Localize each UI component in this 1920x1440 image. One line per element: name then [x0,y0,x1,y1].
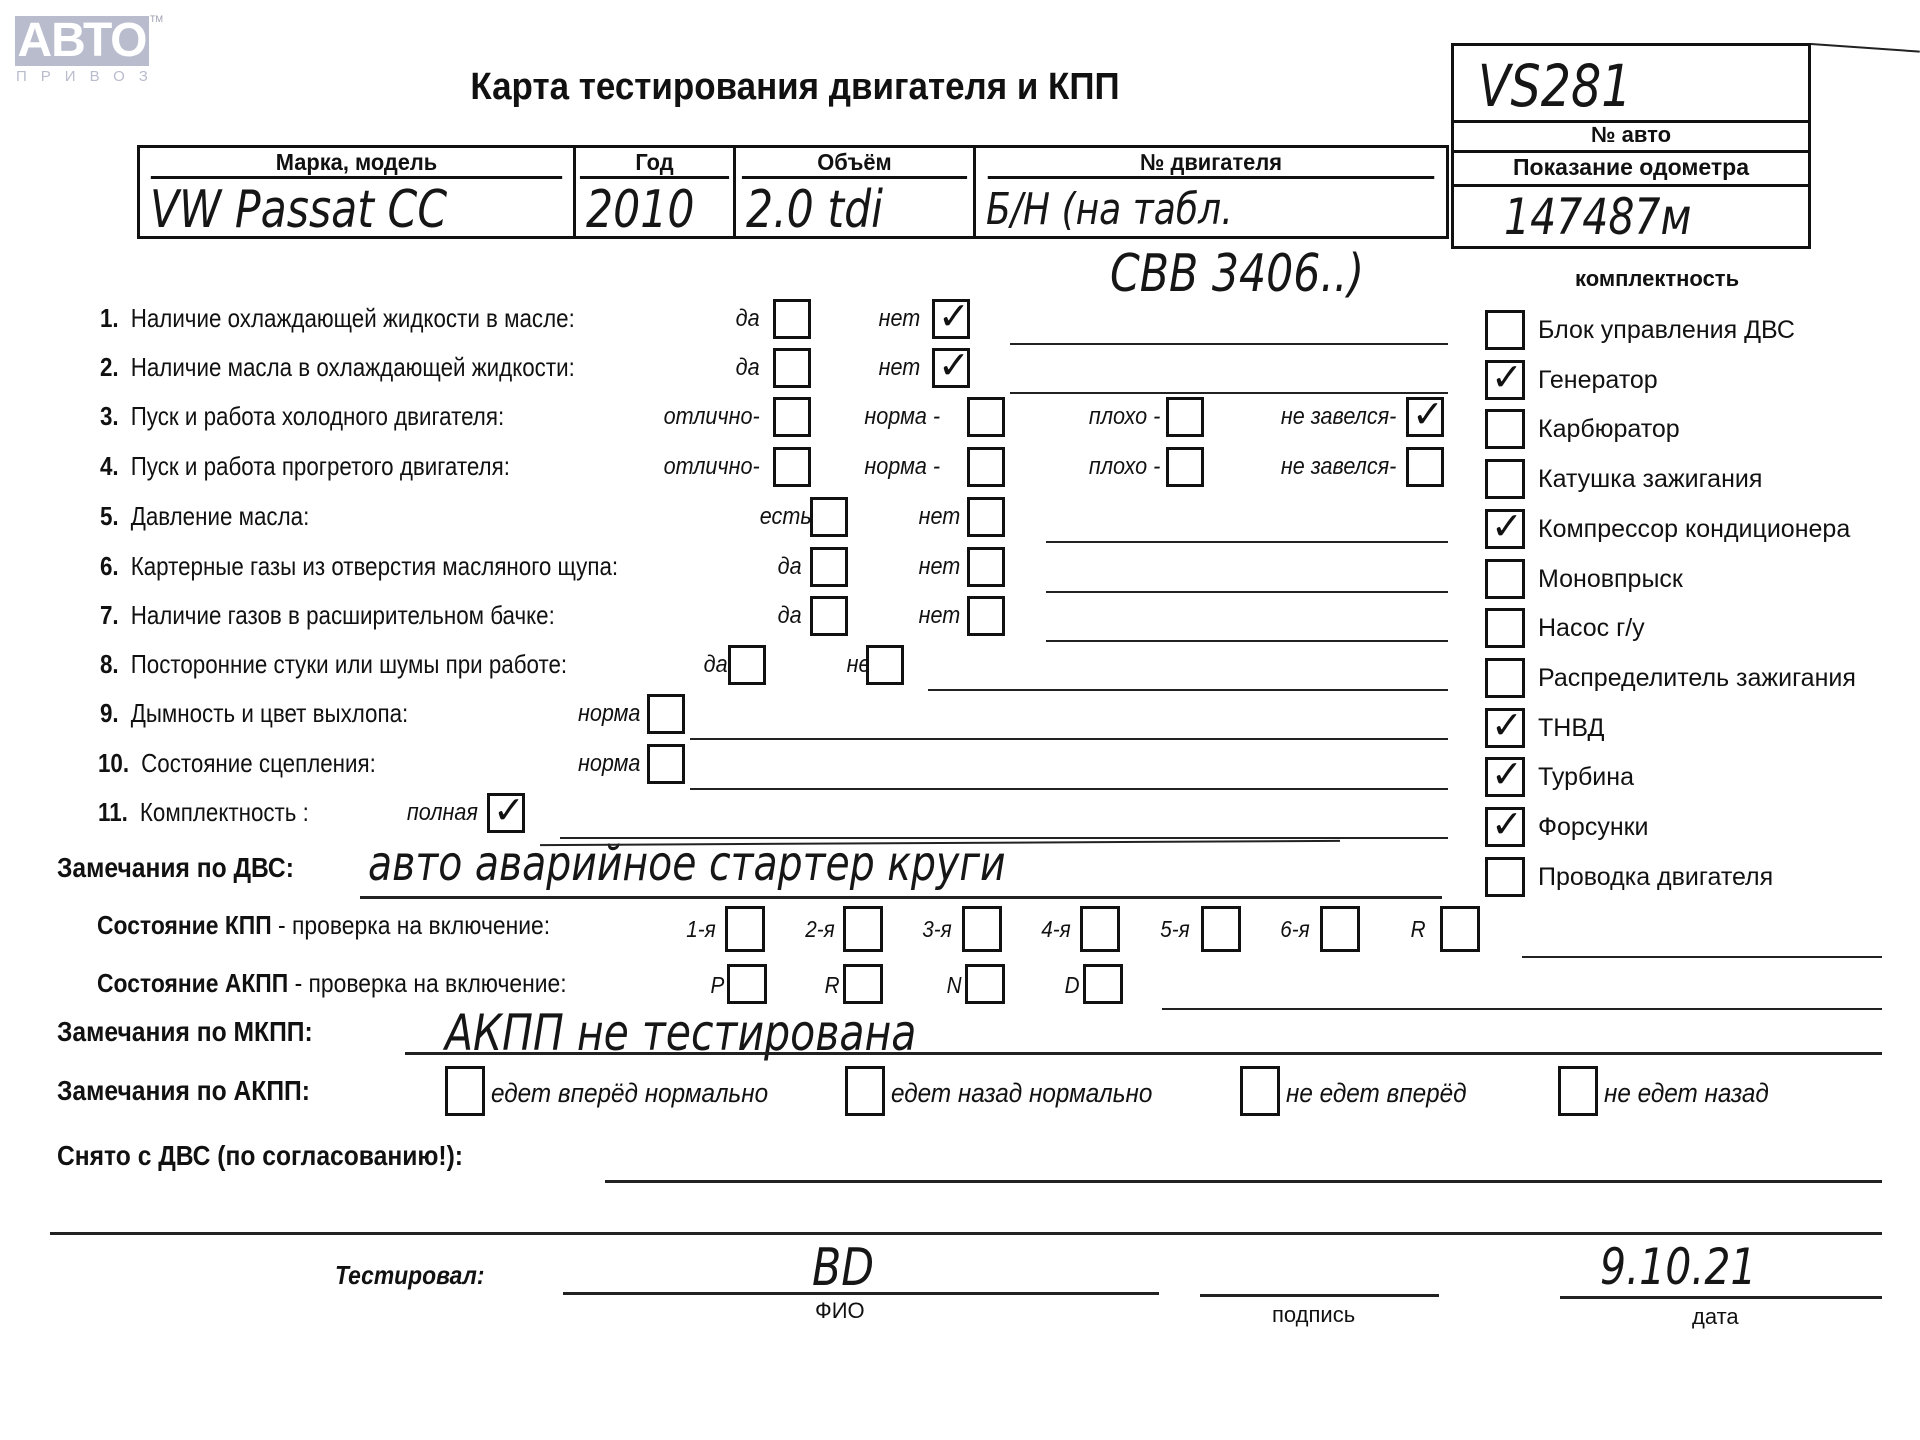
manual-gearbox-label: Состояние КПП - проверка на включение: [97,910,550,941]
odometer-label: Показание одометра [1454,150,1808,187]
question-1-option-label: нет [878,305,920,333]
volume-cell: Объём 2.0 tdi [736,148,976,236]
manual-gear-label: 4-я [1042,916,1071,943]
manual-gear-4-checkbox[interactable] [1080,906,1120,952]
auto-gear-4-checkbox[interactable] [1083,964,1123,1004]
question-number: 4. [100,451,119,481]
question-number: 9. [100,698,119,728]
question-text: Пуск и работа прогретого двигателя: [131,451,510,481]
question-number: 1. [100,303,119,333]
question-text: Картерные газы из отверстия масляного щу… [131,551,618,581]
manual-gear-label: R [1411,916,1426,943]
question-9: 9.Дымность и цвет выхлопа: [100,698,408,729]
auto-gearbox-line [1162,1008,1882,1010]
question-text: Наличие охлаждающей жидкости в масле: [131,303,575,333]
akpp-option-label: не едет назад [1604,1078,1769,1109]
vehicle-info-table: Марка, модель VW Passat CC Год 2010 Объё… [137,145,1449,239]
question-number: 5. [100,501,119,531]
question-4-option-1-checkbox[interactable] [773,447,811,487]
question-4-option-4-checkbox[interactable] [1406,447,1444,487]
mkpp-remarks-label: Замечания по МКПП: [57,1016,313,1048]
kit-item-7-checkbox[interactable] [1485,608,1525,648]
auto-gear-label: N [947,972,962,999]
question-7: 7.Наличие газов в расширительном бачке: [100,600,555,631]
question-7-notes-line [1046,640,1448,642]
auto-gear-3-checkbox[interactable] [965,964,1005,1004]
logo-subtitle: ПРИВОЗ [16,68,162,85]
car-number-odometer-box: VS281 № авто Показание одометра 147487м [1451,43,1811,249]
auto-gearbox-label-rest: - проверка на включение: [288,968,566,998]
manual-gear-label: 5-я [1161,916,1190,943]
kit-item-label: ТНВД [1538,714,1604,743]
checkmark-icon: ✓ [938,345,970,385]
question-number: 2. [100,352,119,382]
question-11-option-label: полная [407,799,478,827]
engine-number-cell: № двигателя Б/Н (на табл. [976,148,1446,236]
kit-item-3-checkbox[interactable] [1485,409,1525,449]
question-2: 2.Наличие масла в охлаждающей жидкости: [100,352,575,383]
auto-gearbox-label: Состояние АКПП - проверка на включение: [97,968,567,999]
manual-gear-7-checkbox[interactable] [1440,906,1480,952]
akpp-remarks-label: Замечания по АКПП: [57,1075,310,1107]
signature-line [1200,1294,1439,1297]
car-number-value: VS281 [1478,52,1632,120]
logo-trademark: TM [150,14,163,24]
volume-value[interactable]: 2.0 tdi [746,182,883,238]
akpp-option-label: едет назад нормально [891,1078,1152,1109]
avto-privoz-logo: АВТО [15,16,149,66]
akpp-option-2-checkbox[interactable] [845,1066,885,1116]
manual-gear-6-checkbox[interactable] [1320,906,1360,952]
kit-item-label: Форсунки [1538,813,1649,842]
akpp-option-label: не едет вперёд [1286,1078,1467,1109]
checkmark-icon: ✓ [1491,357,1523,397]
kit-item-12-checkbox[interactable] [1485,857,1525,897]
question-5-option-2-checkbox[interactable] [967,497,1005,537]
question-7-option-1-checkbox[interactable] [810,596,848,636]
auto-gear-label: P [710,972,724,999]
question-5: 5.Давление масла: [100,501,309,532]
question-3-option-label: плохо - [1089,403,1160,431]
question-6-option-2-checkbox[interactable] [967,547,1005,587]
question-number: 3. [100,401,119,431]
question-text: Комплектность : [140,797,309,827]
kit-item-label: Проводка двигателя [1538,863,1773,892]
kit-item-9-checkbox[interactable]: ✓ [1485,708,1525,748]
auto-gear-label: R [825,972,840,999]
question-8-option-1-checkbox[interactable] [728,645,766,685]
question-9-option-label: норма [578,700,640,728]
checkmark-icon: ✓ [1412,394,1444,434]
make-model-cell: Марка, модель VW Passat CC [140,148,576,236]
make-model-value[interactable]: VW Passat CC [150,182,447,238]
engine-number-value[interactable]: Б/Н (на табл. [986,182,1233,238]
question-text: Наличие масла в охлаждающей жидкости: [131,352,575,382]
year-cell: Год 2010 [576,148,736,236]
checkmark-icon: ✓ [938,296,970,336]
manual-gear-1-checkbox[interactable] [725,906,765,952]
kit-item-10-checkbox[interactable]: ✓ [1485,757,1525,797]
kit-item-label: Блок управления ДВС [1538,316,1795,345]
question-7-option-2-checkbox[interactable] [967,596,1005,636]
removed-line [605,1180,1882,1183]
kit-item-2-checkbox[interactable]: ✓ [1485,360,1525,400]
kit-item-6-checkbox[interactable] [1485,559,1525,599]
akpp-option-1-checkbox[interactable] [445,1066,485,1116]
question-7-option-label: нет [918,602,960,630]
akpp-option-3-checkbox[interactable] [1240,1066,1280,1116]
question-10-option-1-checkbox[interactable] [647,744,685,784]
question-text: Состояние сцепления: [141,748,376,778]
auto-gear-label: D [1065,972,1080,999]
kit-item-5-checkbox[interactable]: ✓ [1485,509,1525,549]
question-4-option-2-checkbox[interactable] [967,447,1005,487]
question-5-option-1-checkbox[interactable] [810,497,848,537]
question-3-option-4-checkbox[interactable]: ✓ [1406,397,1444,437]
kit-item-1-checkbox[interactable] [1485,310,1525,350]
engine-remarks-label: Замечания по ДВС: [57,852,294,884]
manual-gear-label: 2-я [806,916,835,943]
question-4: 4.Пуск и работа прогретого двигателя: [100,451,510,482]
manual-gear-label: 1-я [687,916,716,943]
question-5-notes-line [1046,541,1448,543]
question-11: 11.Комплектность : [98,797,309,828]
question-1-option-label: да [736,305,760,333]
kit-item-8-checkbox[interactable] [1485,658,1525,698]
checkmark-icon: ✓ [1491,705,1523,745]
question-6: 6.Картерные газы из отверстия масляного … [100,551,618,582]
question-4-option-label: норма - [864,453,940,481]
question-3-option-2-checkbox[interactable] [967,397,1005,437]
date-value[interactable]: 9.10.21 [1600,1238,1757,1296]
odometer-value: 147487м [1504,188,1691,246]
question-4-option-3-checkbox[interactable] [1166,447,1204,487]
checkmark-icon: ✓ [493,790,525,830]
akpp-option-4-checkbox[interactable] [1558,1066,1598,1116]
question-3-option-label: норма - [864,403,940,431]
question-5-option-label: есть [760,503,812,531]
manual-gear-2-checkbox[interactable] [843,906,883,952]
question-1-option-2-checkbox[interactable]: ✓ [932,299,970,339]
tester-name-value[interactable]: BD [812,1238,874,1298]
manual-gear-label: 3-я [923,916,952,943]
checkmark-icon: ✓ [1491,506,1523,546]
kit-item-label: Генератор [1538,366,1658,395]
manual-gear-3-checkbox[interactable] [962,906,1002,952]
auto-gearbox-label-bold: Состояние АКПП [97,968,288,998]
kit-item-label: Компрессор кондиционера [1538,515,1850,544]
question-number: 8. [100,649,119,679]
question-8-option-label: да [704,651,728,679]
question-number: 10. [98,748,129,778]
checkmark-icon: ✓ [1491,754,1523,794]
question-4-option-label: плохо - [1089,453,1160,481]
tester-name-line [563,1292,1159,1295]
question-5-option-label: нет [918,503,960,531]
question-11-option-1-checkbox[interactable]: ✓ [487,793,525,833]
question-10: 10.Состояние сцепления: [98,748,376,779]
akpp-option-label: едет вперёд нормально [491,1078,768,1109]
question-9-option-1-checkbox[interactable] [647,694,685,734]
manual-gearbox-label-rest: - проверка на включение: [272,910,550,940]
question-2-option-2-checkbox[interactable]: ✓ [932,348,970,388]
kit-title: комплектность [1575,266,1739,292]
page-title: Карта тестирования двигателя и КПП [340,66,1251,109]
question-6-option-label: нет [918,553,960,581]
separator-line [50,1232,1882,1235]
question-3-option-label: отлично- [664,403,760,431]
question-1-notes-line [1010,343,1448,345]
question-2-option-label: да [736,354,760,382]
car-number-label: № авто [1454,120,1808,153]
question-1: 1.Наличие охлаждающей жидкости в масле: [100,303,575,334]
question-2-notes-line [1010,392,1448,394]
manual-gearbox-label-bold: Состояние КПП [97,910,272,940]
volume-header: Объём [742,148,967,179]
signature-caption: подпись [1272,1302,1355,1328]
kit-item-label: Карбюратор [1538,415,1680,444]
year-header: Год [580,148,729,179]
question-3-option-3-checkbox[interactable] [1166,397,1204,437]
question-9-notes-line [690,738,1448,740]
scan-edge-line [1811,43,1920,53]
kit-item-label: Моновпрыск [1538,565,1683,594]
date-caption: дата [1692,1304,1739,1330]
manual-gear-5-checkbox[interactable] [1201,906,1241,952]
question-10-notes-line [690,788,1448,790]
question-4-option-label: не завелся- [1280,453,1396,481]
question-7-option-label: да [778,602,802,630]
question-text: Давление масла: [131,501,310,531]
removed-label: Снято с ДВС (по согласованию!): [57,1140,463,1172]
question-8: 8.Посторонние стуки или шумы при работе: [100,649,567,680]
auto-gear-2-checkbox[interactable] [843,964,883,1004]
kit-item-label: Катушка зажигания [1538,465,1762,494]
kit-item-label: Распределитель зажигания [1538,664,1856,693]
auto-gear-1-checkbox[interactable] [727,964,767,1004]
engine-number-continued: CBB 3406..) [1110,244,1364,304]
tested-by-label: Тестировал: [335,1260,484,1291]
kit-item-11-checkbox[interactable]: ✓ [1485,807,1525,847]
engine-number-header: № двигателя [988,148,1435,179]
manual-gear-label: 6-я [1281,916,1310,943]
question-2-option-1-checkbox[interactable] [773,348,811,388]
tester-name-caption: ФИО [815,1298,865,1324]
question-6-notes-line [1046,591,1448,593]
manual-gearbox-line [1522,956,1882,958]
engine-remarks-line [360,896,1442,899]
year-value[interactable]: 2010 [586,182,695,238]
question-4-option-label: отлично- [664,453,760,481]
make-model-header: Марка, модель [151,148,562,179]
question-3: 3.Пуск и работа холодного двигателя: [100,401,504,432]
car-number-field[interactable]: VS281 [1454,46,1808,123]
question-8-option-2-checkbox[interactable] [866,645,904,685]
question-6-option-1-checkbox[interactable] [810,547,848,587]
question-text: Пуск и работа холодного двигателя: [131,401,504,431]
question-number: 6. [100,551,119,581]
question-1-option-1-checkbox[interactable] [773,299,811,339]
question-text: Посторонние стуки или шумы при работе: [131,649,567,679]
kit-item-label: Турбина [1538,763,1634,792]
kit-item-4-checkbox[interactable] [1485,459,1525,499]
question-6-option-label: да [778,553,802,581]
odometer-field[interactable]: 147487м [1454,184,1808,246]
question-text: Дымность и цвет выхлопа: [131,698,409,728]
question-8-notes-line [928,689,1448,691]
question-10-option-label: норма [578,750,640,778]
question-number: 7. [100,600,119,630]
date-line [1560,1296,1882,1299]
kit-item-label: Насос г/у [1538,614,1645,643]
question-number: 11. [98,797,128,827]
question-text: Наличие газов в расширительном бачке: [131,600,555,630]
mkpp-remarks-line [405,1052,1882,1055]
question-3-option-label: не завелся- [1280,403,1396,431]
question-2-option-label: нет [878,354,920,382]
question-3-option-1-checkbox[interactable] [773,397,811,437]
checkmark-icon: ✓ [1491,804,1523,844]
